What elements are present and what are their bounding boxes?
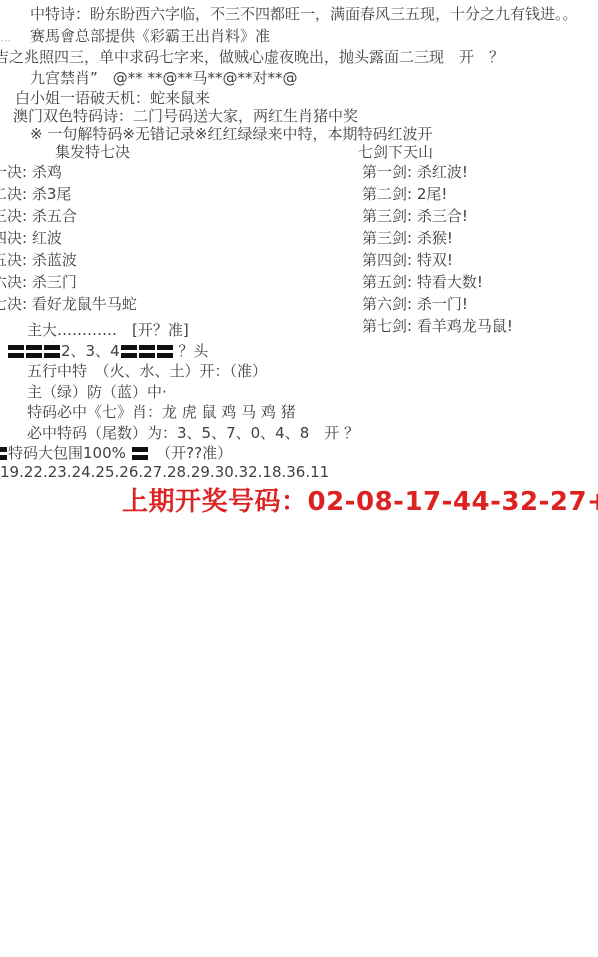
right-column-item: 第五剑: 特看大数! [362, 272, 483, 292]
left-column-item: 五决: 杀蓝波 [0, 250, 77, 270]
saima-line: 赛馬會总部提供《彩霸王出肖料》准 [30, 26, 270, 46]
wuxing-line: 五行中特 （火、水、土）开：（准） [27, 361, 267, 381]
left-column-item: 四决: 红波 [0, 228, 62, 248]
black-bars-icon [131, 443, 149, 463]
zhulvfanglan-line: 主（绿）防（蓝）中· [27, 382, 167, 402]
bars-line-suffix: ？头 [174, 342, 209, 360]
jizhao-poem-line: 吉之兆照四三，单中求码七字来，做贼心虚夜晚出，抛头露面二三现 开 ？ [0, 47, 504, 67]
jiugong-line: 九宫禁肖” @** **@**马**@**对**@ [30, 68, 298, 88]
left-column-title: 集发特七决 [55, 142, 130, 162]
left-column-item: 六决: 杀三门 [0, 272, 77, 292]
aomen-line: 澳门双色特码诗：二门号码送大家，两红生肖猪中奖 [13, 106, 358, 126]
right-column-item: 第七剑: 看羊鸡龙马鼠! [362, 316, 513, 336]
black-bars-icon [7, 341, 61, 361]
left-column-item: 三决: 杀五合 [0, 206, 77, 226]
right-column-item: 第三剑: 杀猴! [362, 228, 453, 248]
right-column-item: 第一剑: 杀红波! [362, 162, 468, 182]
black-bars-icon [0, 443, 8, 463]
baixiaojie-line: 白小姐一语破天机：蛇来鼠来 [15, 88, 210, 108]
right-column-item: 第三剑: 杀三合! [362, 206, 468, 226]
left-column-item: 一决: 杀鸡 [0, 162, 62, 182]
numbers-list: 19.22.23.24.25.26.27.28.29.30.32.18.36.1… [0, 462, 329, 482]
bars-prediction-line: 2、3、4 ？头 [7, 341, 208, 361]
baowei-line: 特码大包围100% （开??准） [0, 443, 232, 463]
baowei-suffix: （开??准） [149, 444, 232, 462]
right-column-item: 第二剑: 2尾! [362, 184, 447, 204]
black-bars-icon [120, 341, 174, 361]
left-column-item: 七决: 看好龙鼠牛马蛇 [0, 294, 137, 314]
bars-line-numbers: 2、3、4 [61, 342, 120, 360]
right-column-item: 第六剑: 杀一门! [362, 294, 468, 314]
zhuda-line: 主大………… [开？准] [27, 320, 189, 340]
right-column-title: 七剑下天山 [358, 142, 433, 162]
previous-draw-result: 上期开奖号码：02-08-17-44-32-27+36 [122, 492, 598, 512]
lottery-tip-sheet: 中特诗：盼东盼西六字临，不三不四都旺一，满面春风三五现，十分之九有钱进。。 ⋯ … [0, 0, 598, 957]
right-column-item: 第四剑: 特双! [362, 250, 453, 270]
baowei-label: 特码大包围100% [8, 444, 126, 462]
zhongte-poem-line: 中特诗：盼东盼西六字临，不三不四都旺一，满面春风三五现，十分之九有钱进。。 [30, 4, 578, 24]
jiete-line: ※ 一句解特码※无错记录※红红绿绿来中特，本期特码红波开 [30, 124, 432, 144]
bizhong-xiao-line: 特码必中《七》肖：龙 虎 鼠 鸡 马 鸡 猪 [27, 402, 296, 422]
bizhong-weishu-line: 必中特码（尾数）为：3、5、7、0、4、8 开 ？ [27, 423, 359, 443]
left-column-item: 二决: 杀3尾 [0, 184, 71, 204]
